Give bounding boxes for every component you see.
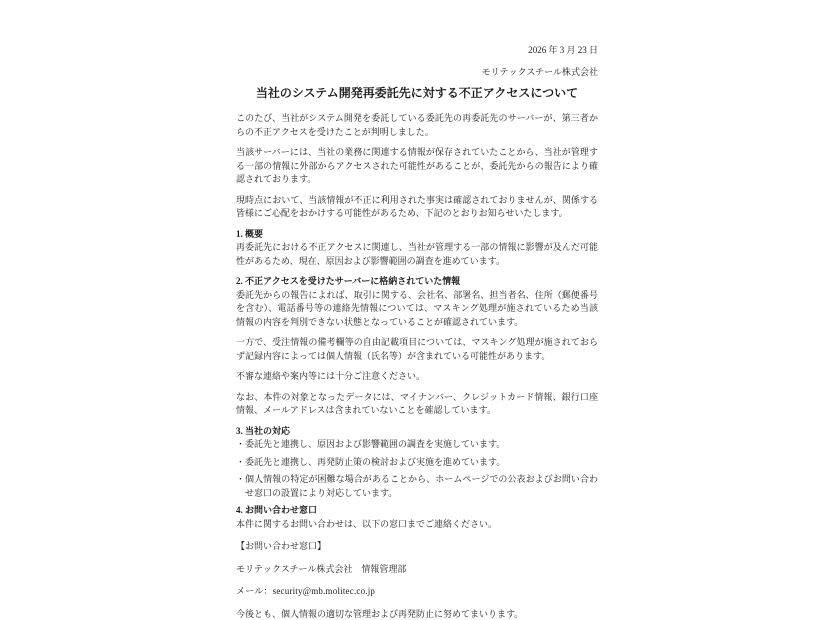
stored-info-paragraph-2: 一方で、受注情報の備考欄等の自由記載項目については、マスキング処理が施されておら… [236, 336, 598, 363]
intro-paragraph-2: 当該サーバーには、当社の業務に関連する情報が保存されていたことから、当社が管理す… [236, 146, 598, 187]
document-title: 当社のシステム開発再委託先に対する不正アクセスについて [236, 85, 598, 101]
closing-statement: 今後とも、個人情報の適切な管理および再発防止に努めてまいります。 [236, 608, 598, 620]
response-bullet-2: ・委託先と連携し、再発防止策の検討および実施を進めています。 [236, 456, 598, 470]
stored-info-paragraph-1: 委託先からの報告によれば、取引に関する、会社名、部署名、担当者名、住所（郵便番号… [236, 289, 598, 330]
section-overview-body: 再委託先における不正アクセスに関連し、当社が管理する一部の情報に影響が及んだ可能… [236, 241, 598, 268]
document-date: 2026 年 3 月 23 日 [236, 44, 598, 58]
contact-email: メール：security@mb.molitec.co.jp [236, 585, 598, 599]
document-page: 2026 年 3 月 23 日 モリテックスチール株式会社 当社のシステム開発再… [0, 0, 826, 620]
response-bullet-3: ・個人情報の特定が困難な場合があることから、ホームページでの公表およびお問い合わ… [236, 473, 598, 500]
document-body: 2026 年 3 月 23 日 モリテックスチール株式会社 当社のシステム開発再… [236, 44, 598, 620]
contact-intro: 本件に関するお問い合わせは、以下の窓口までご連絡ください。 [236, 518, 598, 532]
stored-info-paragraph-4: なお、本件の対象となったデータには、マイナンバー、クレジットカード情報、銀行口座… [236, 391, 598, 418]
section-overview-heading: 1. 概要 [236, 228, 598, 242]
section-contact-heading: 4. お問い合わせ窓口 [236, 504, 598, 518]
section-response-heading: 3. 当社の対応 [236, 425, 598, 439]
contact-company-department: モリテックスチール株式会社 情報管理部 [236, 563, 598, 577]
contact-window-label: 【お問い合わせ窓口】 [236, 540, 598, 554]
section-stored-info-heading: 2. 不正アクセスを受けたサーバーに格納されていた情報 [236, 275, 598, 289]
response-bullet-1: ・委託先と連携し、原因および影響範囲の調査を実施しています。 [236, 438, 598, 452]
intro-paragraph-1: このたび、当社がシステム開発を委託している委託先の再委託先のサーバーが、第三者か… [236, 112, 598, 139]
intro-paragraph-3: 現時点において、当該情報が不正に利用された事実は確認されておりませんが、関係する… [236, 194, 598, 221]
issuing-company-name: モリテックスチール株式会社 [236, 66, 598, 80]
stored-info-paragraph-3: 不審な連絡や案内等には十分ご注意ください。 [236, 370, 598, 384]
